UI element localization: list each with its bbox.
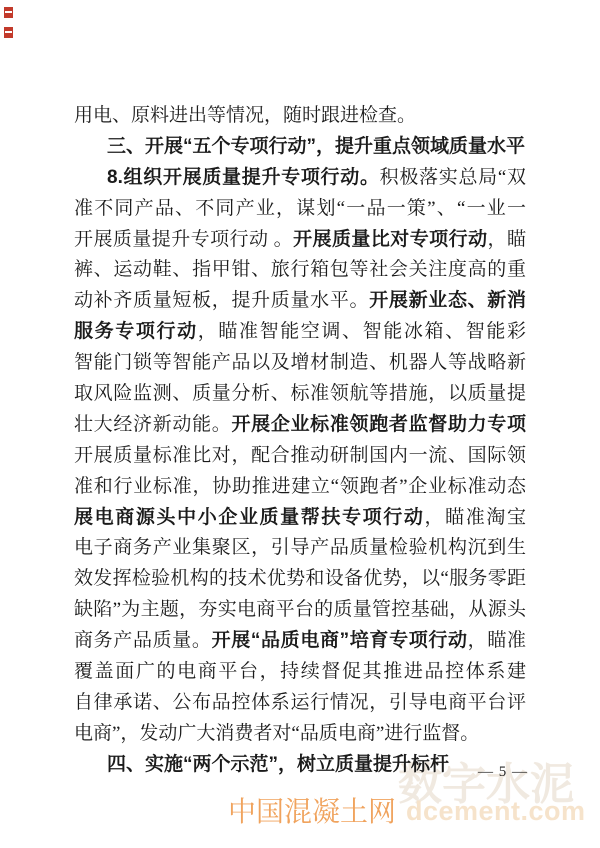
bold-text-segment: 8.组织开展质量提升专项行动。 xyxy=(107,167,380,188)
document-body: 用电、原料进出等情况，随时跟进检查。三、开展“五个专项行动”，提升重点领域质量水… xyxy=(74,101,526,781)
text-segment: 开展质量标准比对，配合推动研制国内一流、国际领先的企业标 xyxy=(74,445,526,472)
text-line: 效发挥检验机构的技术优势和设备优势，以“服务零距离、质量零 xyxy=(74,564,526,595)
text-line: 取风险监测、质量分析、标准领航等措施，以质量提升加快发展 xyxy=(74,379,526,410)
text-segment: 开展质量提升专项行动 。 xyxy=(74,229,293,250)
text-line: 商务产品质量。开展“品质电商”培育专项行动，瞄准体量大、产品 xyxy=(74,626,526,657)
text-line: 展电商源头中小企业质量帮扶专项行动，瞄准淘宝镇、淘宝村等 xyxy=(74,503,526,534)
text-line: 开展质量提升专项行动 。开展质量比对专项行动，瞄准儿童纸尿 xyxy=(74,225,526,256)
text-line: 准不同产品、不同产业，谋划“一品一策”、“一业一策”，有力有效地 xyxy=(74,194,526,225)
text-segment: 准和行业标准，协助推进建立“领跑者”企业标准动态管理机制。 xyxy=(74,476,526,503)
text-line: 用电、原料进出等情况，随时跟进检查。 xyxy=(74,101,526,132)
red-corner-mark-top xyxy=(4,7,13,18)
text-segment: 裤、运动鞋、指甲钳、旅行箱包等社会关注度高的重点产品，推 xyxy=(74,259,526,286)
watermark-site-name: 中国混凝土网 xyxy=(228,790,396,830)
text-segment: 智能门锁等智能产品以及增材制造、机器人等战略新兴产品，采 xyxy=(74,352,526,379)
text-segment: 壮大经济新动能。 xyxy=(74,414,231,435)
text-line: 服务专项行动，瞄准智能空调、智能冰箱、智能彩电、智能音箱、 xyxy=(74,317,526,348)
bold-text-segment: 三、开展“五个专项行动”，提升重点领域质量水平 xyxy=(107,136,525,157)
text-line: 准和行业标准，协助推进建立“领跑者”企业标准动态管理机制。开 xyxy=(74,472,526,503)
text-segment: 电子商务产业集聚区，引导产品质量检验机构沉到生产一线，有 xyxy=(74,537,526,564)
text-segment: 取风险监测、质量分析、标准领航等措施，以质量提升加快发展 xyxy=(74,383,526,410)
text-segment: 覆盖面广的电商平台，持续督促其推进品控体系建设、公开质量 xyxy=(74,661,526,688)
text-line: 智能门锁等智能产品以及增材制造、机器人等战略新兴产品，采 xyxy=(74,348,526,379)
text-segment: 效发挥检验机构的技术优势和设备优势，以“服务零距离、质量零 xyxy=(74,568,526,595)
text-line: 自律承诺、公布品控体系运行情况，引导电商平台评选一批“品质 xyxy=(74,688,526,719)
bold-text-segment: 服务专项行动 xyxy=(74,321,198,342)
text-segment: 商务产品质量。 xyxy=(74,630,212,651)
text-line: 裤、运动鞋、指甲钳、旅行箱包等社会关注度高的重点产品，推 xyxy=(74,255,526,286)
text-line: 壮大经济新动能。开展企业标准领跑者监督助力专项行动，协助 xyxy=(74,410,526,441)
text-segment: 电商”，发动广大消费者对“品质电商”进行监督。 xyxy=(74,723,479,744)
text-line: 8.组织开展质量提升专项行动。积极落实总局“双百”行动，瞄 xyxy=(74,163,526,194)
text-line: 开展质量标准比对，配合推动研制国内一流、国际领先的企业标 xyxy=(74,441,526,472)
text-segment: 缺陷”为主题，夯实电商平台的质量管控基础，从源头上提升电子 xyxy=(74,599,526,626)
text-segment: 动补齐质量短板，提升质量水平。 xyxy=(74,290,369,311)
text-segment: 用电、原料进出等情况，随时跟进检查。 xyxy=(74,105,416,126)
text-line: 缺陷”为主题，夯实电商平台的质量管控基础，从源头上提升电子 xyxy=(74,595,526,626)
page-number: — 5 — xyxy=(420,764,528,781)
bold-text-segment: 展电商源头中小企业质量帮扶专项行动 xyxy=(74,507,425,528)
bold-text-segment: 开展“品质电商”培育专项行动 xyxy=(212,630,468,651)
watermark-domain: dcement.com xyxy=(406,796,586,827)
text-line: 动补齐质量短板，提升质量水平。开展新业态、新消费质量监测 xyxy=(74,286,526,317)
text-line: 电商”，发动广大消费者对“品质电商”进行监督。 xyxy=(74,719,526,750)
bold-text-segment: 开展质量比对专项行动 xyxy=(293,229,487,250)
text-line: 覆盖面广的电商平台，持续督促其推进品控体系建设、公开质量 xyxy=(74,657,526,688)
red-corner-mark-bottom xyxy=(4,27,13,38)
text-line: 电子商务产业集聚区，引导产品质量检验机构沉到生产一线，有 xyxy=(74,533,526,564)
text-segment: 自律承诺、公布品控体系运行情况，引导电商平台评选一批“品质 xyxy=(74,692,526,719)
text-segment: 准不同产品、不同产业，谋划“一品一策”、“一业一策”，有力有效地 xyxy=(74,198,526,225)
bold-text-segment: 四、实施“两个示范”，树立质量提升标杆 xyxy=(107,754,449,775)
text-line: 三、开展“五个专项行动”，提升重点领域质量水平 xyxy=(74,132,526,163)
